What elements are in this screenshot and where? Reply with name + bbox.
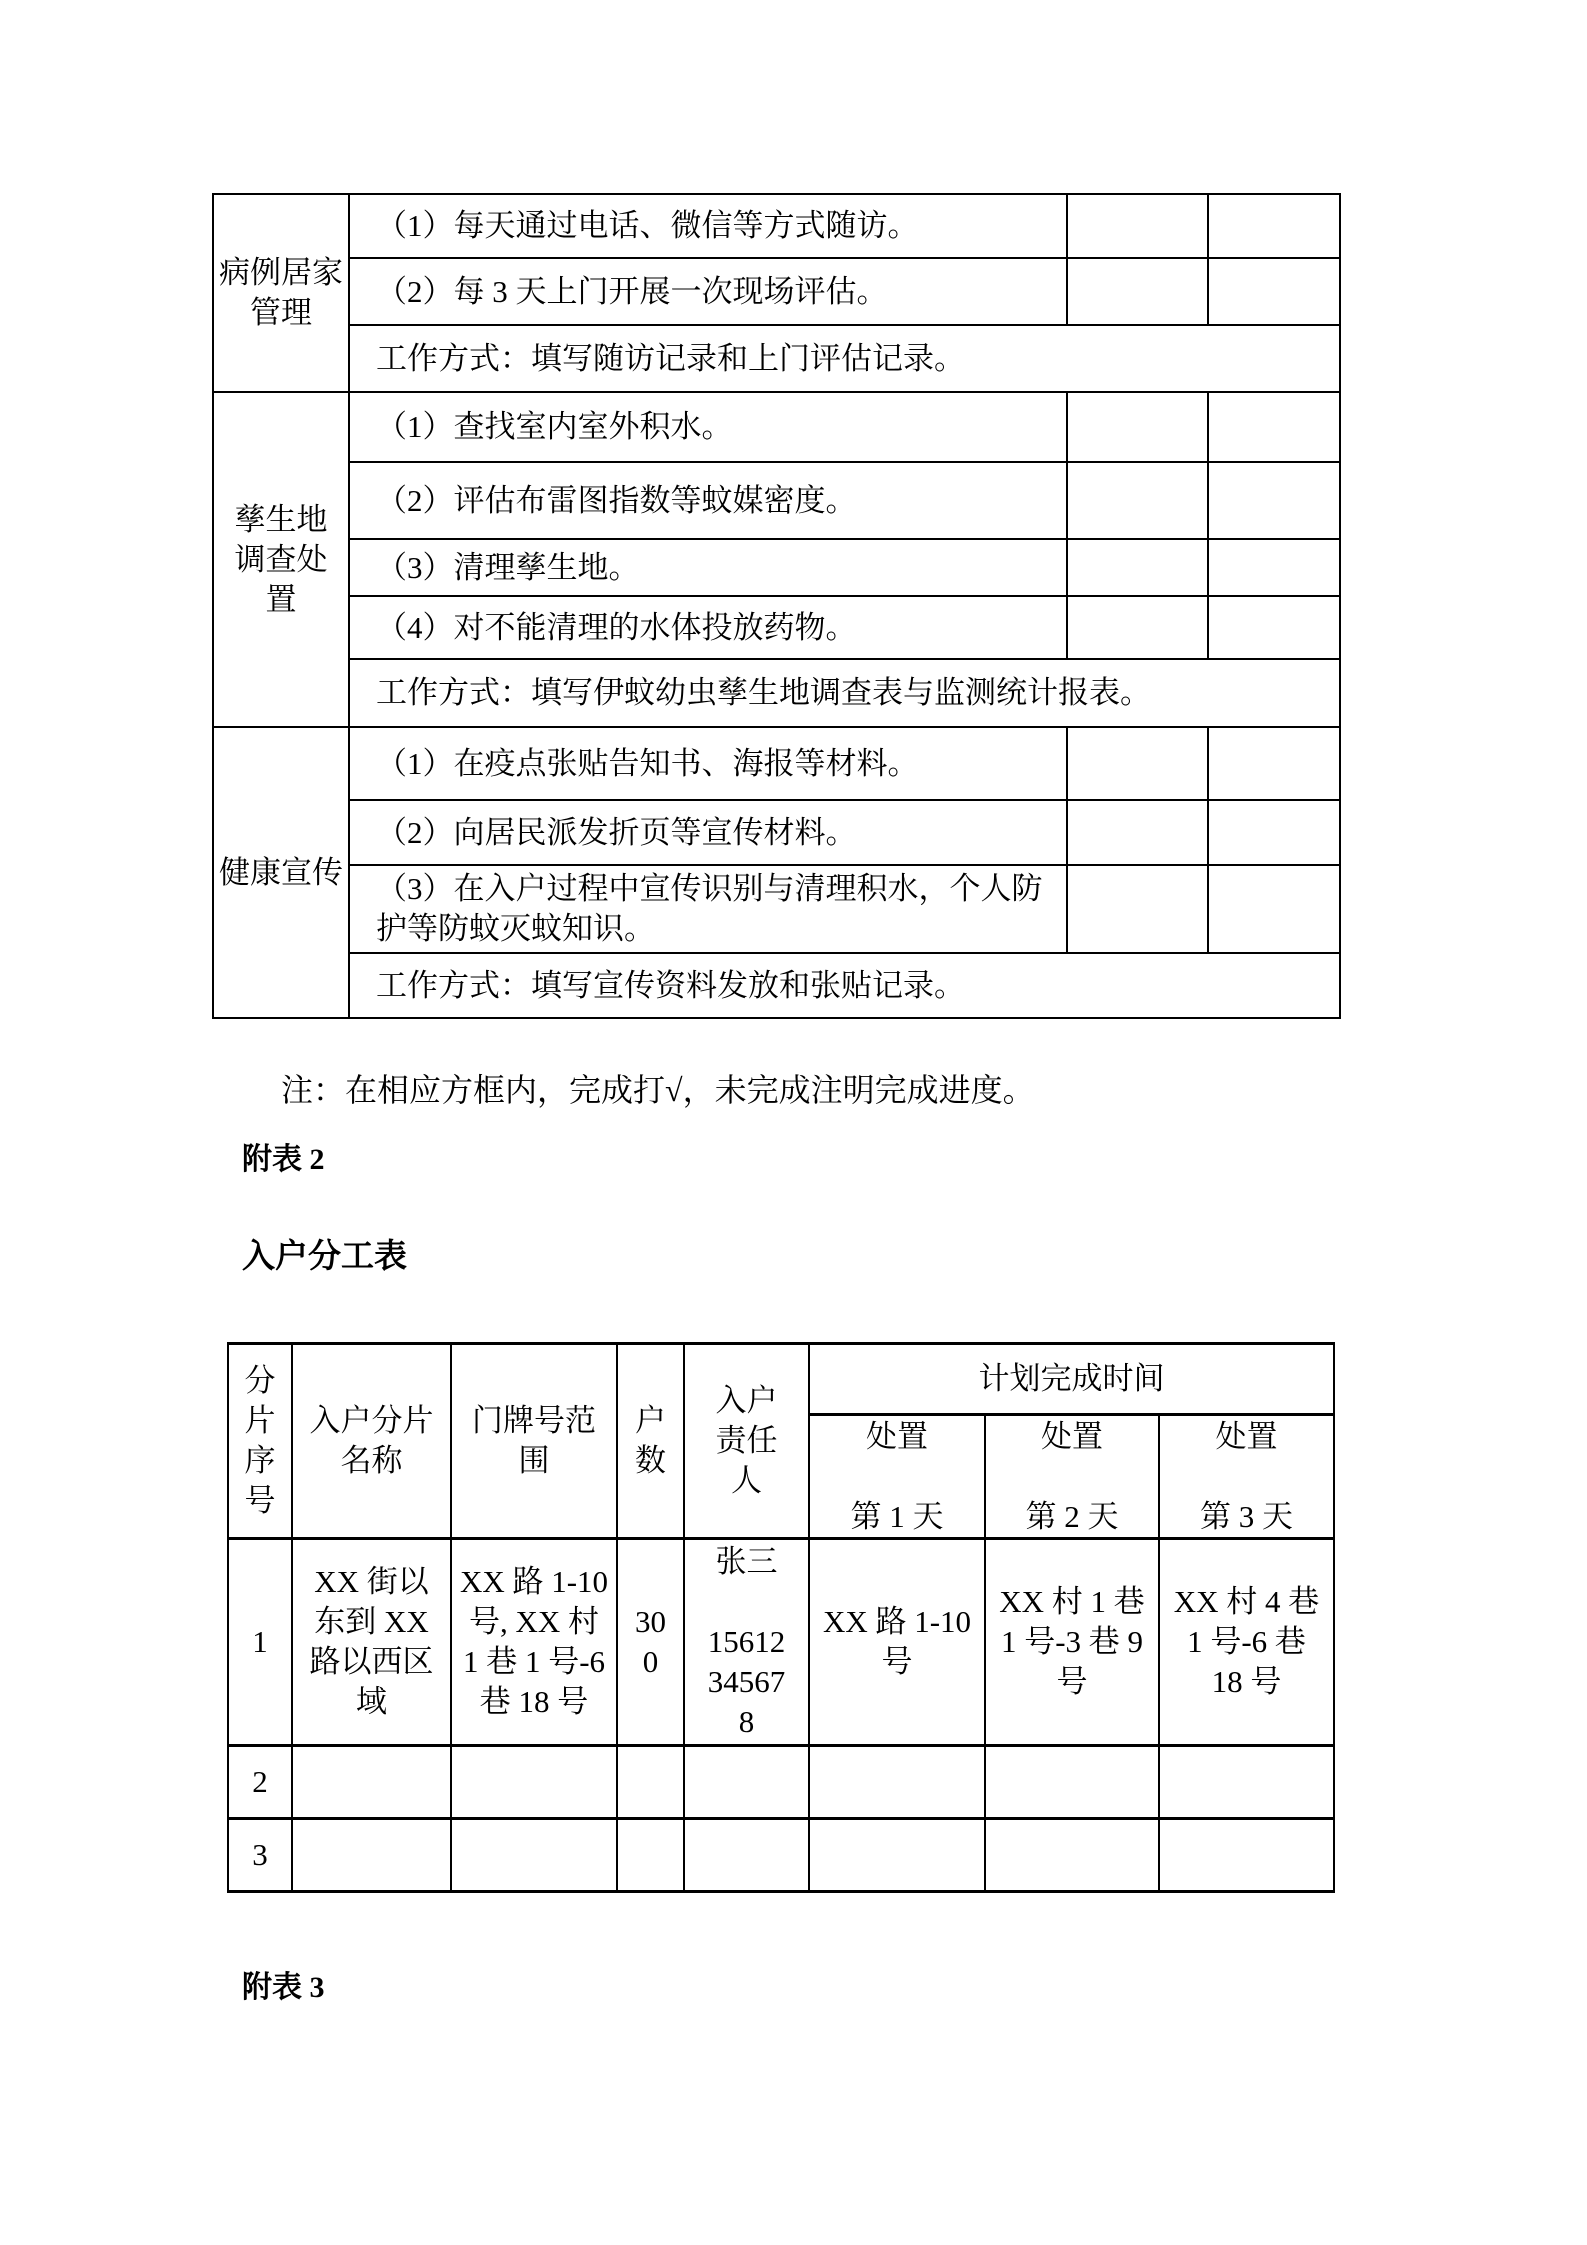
checkbox-cell bbox=[1067, 727, 1208, 800]
table-row: （4）对不能清理的水体投放药物。 bbox=[213, 596, 1340, 659]
cell-day2 bbox=[985, 1746, 1159, 1819]
cell-serial: 3 bbox=[228, 1819, 292, 1892]
table-row: 健康宣传 （1）在疫点张贴告知书、海报等材料。 bbox=[213, 727, 1340, 800]
table-row: （3）清理孳生地。 bbox=[213, 539, 1340, 596]
checkbox-cell bbox=[1208, 539, 1340, 596]
header-day3: 处置 第 3 天 bbox=[1159, 1415, 1334, 1539]
checkbox-cell bbox=[1208, 258, 1340, 325]
cell-house-range bbox=[451, 1746, 617, 1819]
method-cell: 工作方式：填写伊蚊幼虫孳生地调查表与监测统计报表。 bbox=[349, 659, 1340, 727]
header-house-range: 门牌号范 围 bbox=[451, 1344, 617, 1539]
table-row: （2）评估布雷图指数等蚊媒密度。 bbox=[213, 462, 1340, 539]
checkbox-cell bbox=[1067, 539, 1208, 596]
table-row: 孳生地 调查处 置 （1）查找室内室外积水。 bbox=[213, 392, 1340, 462]
cell-area-name: XX 街以 东到 XX 路以西区 域 bbox=[292, 1539, 451, 1746]
appendix3-label: 附表 3 bbox=[242, 1968, 325, 2008]
task-cell: （2）评估布雷图指数等蚊媒密度。 bbox=[349, 462, 1067, 539]
task-cell: （1）在疫点张贴告知书、海报等材料。 bbox=[349, 727, 1067, 800]
header-household-count: 户 数 bbox=[617, 1344, 684, 1539]
table-row: 病例居家 管理 （1）每天通过电话、微信等方式随访。 bbox=[213, 194, 1340, 258]
checkbox-cell bbox=[1208, 462, 1340, 539]
task-cell: （1）查找室内室外积水。 bbox=[349, 392, 1067, 462]
task-cell: （2）向居民派发折页等宣传材料。 bbox=[349, 800, 1067, 865]
checkbox-cell bbox=[1067, 258, 1208, 325]
header-area-name: 入户分片 名称 bbox=[292, 1344, 451, 1539]
cell-day1: XX 路 1-10 号 bbox=[809, 1539, 985, 1746]
cell-day2: XX 村 1 巷 1 号-3 巷 9 号 bbox=[985, 1539, 1159, 1746]
checkbox-cell bbox=[1208, 392, 1340, 462]
cell-day3 bbox=[1159, 1746, 1334, 1819]
task-cell: （1）每天通过电话、微信等方式随访。 bbox=[349, 194, 1067, 258]
checkbox-cell bbox=[1208, 596, 1340, 659]
cell-responsible: 张三 15612 34567 8 bbox=[684, 1539, 809, 1746]
header-day2: 处置 第 2 天 bbox=[985, 1415, 1159, 1539]
assignment-table: 分 片 序 号 入户分片 名称 门牌号范 围 户 数 入户 责任 人 计划完成时… bbox=[227, 1342, 1335, 1893]
checkbox-cell bbox=[1208, 194, 1340, 258]
table-row: 3 bbox=[228, 1819, 1334, 1892]
checkbox-cell bbox=[1067, 800, 1208, 865]
checkbox-cell bbox=[1067, 392, 1208, 462]
task-cell: （4）对不能清理的水体投放药物。 bbox=[349, 596, 1067, 659]
table-row: 2 bbox=[228, 1746, 1334, 1819]
note-text: 注：在相应方框内，完成打√，未完成注明完成进度。 bbox=[281, 1069, 1035, 1111]
table-row: 工作方式：填写随访记录和上门评估记录。 bbox=[213, 325, 1340, 392]
appendix2-label: 附表 2 bbox=[242, 1140, 325, 1180]
method-cell: 工作方式：填写随访记录和上门评估记录。 bbox=[349, 325, 1340, 392]
header-plan-time: 计划完成时间 bbox=[809, 1344, 1334, 1415]
header-responsible: 入户 责任 人 bbox=[684, 1344, 809, 1539]
checkbox-cell bbox=[1208, 865, 1340, 953]
header-day1: 处置 第 1 天 bbox=[809, 1415, 985, 1539]
cell-day1 bbox=[809, 1746, 985, 1819]
cell-serial: 2 bbox=[228, 1746, 292, 1819]
task-cell: （2）每 3 天上门开展一次现场评估。 bbox=[349, 258, 1067, 325]
cell-day3 bbox=[1159, 1819, 1334, 1892]
checklist-table: 病例居家 管理 （1）每天通过电话、微信等方式随访。 （2）每 3 天上门开展一… bbox=[212, 193, 1341, 1019]
checkbox-cell bbox=[1208, 800, 1340, 865]
checkbox-cell bbox=[1067, 194, 1208, 258]
category-cell-home-management: 病例居家 管理 bbox=[213, 194, 349, 392]
task-cell: （3）清理孳生地。 bbox=[349, 539, 1067, 596]
cell-house-range bbox=[451, 1819, 617, 1892]
cell-day1 bbox=[809, 1819, 985, 1892]
cell-household-count bbox=[617, 1746, 684, 1819]
cell-household-count: 30 0 bbox=[617, 1539, 684, 1746]
cell-responsible bbox=[684, 1819, 809, 1892]
cell-household-count bbox=[617, 1819, 684, 1892]
cell-area-name bbox=[292, 1746, 451, 1819]
checkbox-cell bbox=[1067, 596, 1208, 659]
category-cell-breeding-site: 孳生地 调查处 置 bbox=[213, 392, 349, 727]
document-page: { "page": { "background": "#ffffff", "te… bbox=[0, 0, 1587, 2245]
category-cell-health-education: 健康宣传 bbox=[213, 727, 349, 1018]
table-row: 1 XX 街以 东到 XX 路以西区 域 XX 路 1-10 号, XX 村 1… bbox=[228, 1539, 1334, 1746]
table-row: 工作方式：填写宣传资料发放和张贴记录。 bbox=[213, 953, 1340, 1018]
header-serial: 分 片 序 号 bbox=[228, 1344, 292, 1539]
method-cell: 工作方式：填写宣传资料发放和张贴记录。 bbox=[349, 953, 1340, 1018]
assignment-table-title: 入户分工表 bbox=[242, 1235, 407, 1279]
checkbox-cell bbox=[1067, 865, 1208, 953]
table-row: （3）在入户过程中宣传识别与清理积水，个人防 护等防蚊灭蚊知识。 bbox=[213, 865, 1340, 953]
table-header-row: 分 片 序 号 入户分片 名称 门牌号范 围 户 数 入户 责任 人 计划完成时… bbox=[228, 1344, 1334, 1415]
cell-serial: 1 bbox=[228, 1539, 292, 1746]
table-row: （2）向居民派发折页等宣传材料。 bbox=[213, 800, 1340, 865]
table-row: 工作方式：填写伊蚊幼虫孳生地调查表与监测统计报表。 bbox=[213, 659, 1340, 727]
task-cell: （3）在入户过程中宣传识别与清理积水，个人防 护等防蚊灭蚊知识。 bbox=[349, 865, 1067, 953]
cell-day3: XX 村 4 巷 1 号-6 巷 18 号 bbox=[1159, 1539, 1334, 1746]
cell-responsible bbox=[684, 1746, 809, 1819]
checkbox-cell bbox=[1208, 727, 1340, 800]
cell-house-range: XX 路 1-10 号, XX 村 1 巷 1 号-6 巷 18 号 bbox=[451, 1539, 617, 1746]
cell-day2 bbox=[985, 1819, 1159, 1892]
table-row: （2）每 3 天上门开展一次现场评估。 bbox=[213, 258, 1340, 325]
cell-area-name bbox=[292, 1819, 451, 1892]
checkbox-cell bbox=[1067, 462, 1208, 539]
